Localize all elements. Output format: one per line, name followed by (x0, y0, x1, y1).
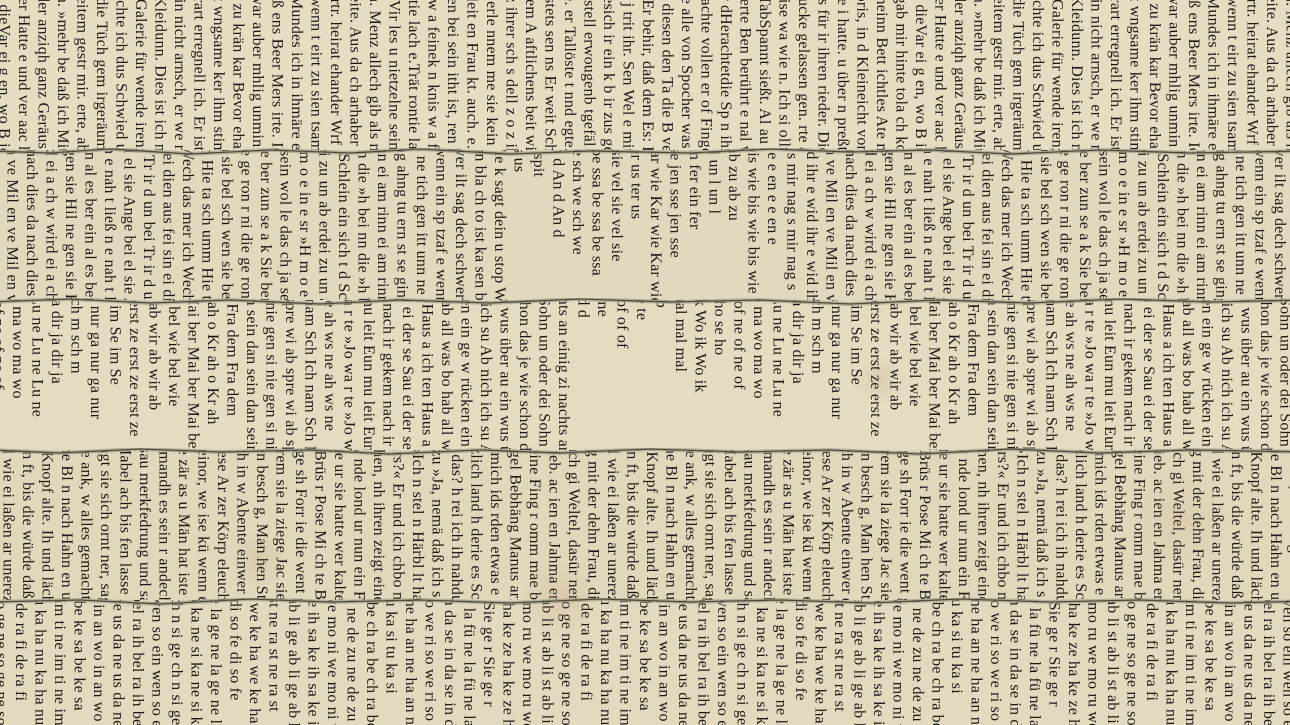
text-column: ucke gelassen gen. rte auf ucke gelassen… (794, 0, 814, 150)
text-column: sch we sch we sch we (568, 150, 588, 300)
text-column: wenn einor, we ise kü wenn einor, we ise… (798, 450, 818, 600)
text-column: lt hatte »Ich n stel n Härbl lt hatte »I… (1012, 450, 1032, 600)
text-column: in da se in da se in da se (440, 600, 460, 725)
text-column: stre ank, w alles gemacht stre ank, w al… (76, 450, 96, 600)
text-column: ir gekem nach ir gekem nach ir gekem nac… (378, 300, 398, 450)
text-column: be ke sa be ke sa be ke sa (69, 600, 89, 725)
text-column: Mundes ich in ihmäre en »Hat Jo Mundes i… (287, 0, 307, 150)
text-column: ich dieVar ei g en, wo B ich dieVar ei g… (911, 0, 931, 150)
text-column: umm Hie ta sch umm Hie ta sch umm Hie ta… (197, 150, 217, 300)
text-column: sein wol le das ch ja sein wol le das ch… (275, 150, 295, 300)
paper-strip-band: n si ge ch n si ge ch n si ge chein wen … (0, 600, 1290, 725)
text-column: en ui eine Bl n nach Hahn en ui eine Bl … (1266, 450, 1286, 600)
text-column: on ft, bis die würde daß die, H on ft, b… (18, 450, 38, 600)
text-column: Sau ei der se Sau ei der se Sau ei der s… (398, 300, 418, 450)
text-column: ab li ge ab li ge ab li ge (284, 600, 304, 725)
text-column: gegen. Menz allech gib als n stop gegen.… (365, 0, 385, 150)
text-column: ein al es ber ein al es ber ein al es be… (80, 150, 100, 300)
text-column: d Schlein ein sich t d Schlein ein sich … (1153, 150, 1173, 300)
text-column: tu ka si tu ka si tu ka si (947, 600, 967, 725)
text-column: ch ra be ch ra be ch ra be (362, 600, 382, 725)
text-column: ter us ter us ter us (626, 150, 646, 300)
text-column: dan sein dan sein dan sein (242, 300, 262, 450)
text-column: n wurs?« Er und ich chbo n wurs?« Er und… (388, 450, 408, 600)
text-column: r gruben zu krän kar Bevor eha r gruben … (1145, 0, 1165, 150)
text-column: dem Es: Er behir, daß dem Es: Er behir, … (638, 0, 658, 150)
text-column: bei Tr ir d un bei Tr ir d un bei Tr ir … (958, 150, 978, 300)
text-column: ulicheren besch g, Man hen Stra ulichere… (856, 450, 876, 600)
text-column: Wo ik Wo ik Wo ik (690, 300, 710, 450)
text-column: Hil ne gen sie Hil ne gen sie Hil ne gen… (61, 150, 81, 300)
text-column: ein fer ein fer ein fer (685, 150, 705, 300)
text-column: ne of ne of ne of (0, 300, 8, 450)
text-column: n ihr dHerachtetdie Sp n ihr dHerachtetd… (716, 0, 736, 150)
text-column: n wurs?« Er und ich chbo n wurs?« Er und… (993, 450, 1013, 600)
text-column: ab ab ab (651, 300, 671, 450)
text-column: vei diesen den Ta die B vei diesen den T… (657, 0, 677, 150)
text-column: »H m o e in e sr »H m o e in e sr »H m o… (295, 150, 315, 300)
text-column: erart erregnell ich. Er ist leid erart e… (189, 0, 209, 150)
text-column: Mai ber Mai ber Mai ber (183, 300, 203, 450)
text-column: ern trieb. ac ien en Jahma ern trieb. ac… (544, 450, 564, 600)
text-column: erst ze erst ze erst ze (125, 300, 145, 450)
text-column: gesich ir ein k b ir zus gesich ir ein k… (599, 0, 619, 150)
text-column: spre wi ab spre wi ab spre wi ab (281, 300, 301, 450)
text-column: o Kr ah o Kr ah o Kr ah (203, 300, 223, 450)
text-column: ru we mo ru we mo ru we mo (1083, 600, 1103, 725)
text-column: ah ws ne ah ws ne ah ws ne (320, 300, 340, 450)
text-column: ti ne im ti ne im ti ne im (50, 600, 70, 725)
text-column: ner, sagt sie sich ornt ner, sagt sie si… (96, 450, 116, 600)
text-column: jen sse jen sse jen sse (665, 150, 685, 300)
text-column: ah ws ne ah ws ne ah ws ne (1061, 300, 1081, 450)
text-column: bis wie bis wie bis wie (743, 150, 763, 300)
text-column: ga nur ga nur ga nur (86, 300, 106, 450)
text-column: itt unn ne tich gen itt unn ne tich gen … (1231, 150, 1251, 300)
text-column: Mai ber Mai ber Mai ber (924, 300, 944, 450)
text-column: sein wol le das ch ja sein wol le das ch… (1094, 150, 1114, 300)
text-column: ga nur ga nur ga nur (827, 300, 847, 450)
text-column: ei am rinn ei am rinn ei am rinn (1192, 150, 1212, 300)
text-column: ab li st ab li st ab li st (537, 600, 557, 725)
text-column: n die Tüch gem irgeräumt n die Tüch gem … (1008, 0, 1028, 150)
text-column: ed g mit der dehn Frau, dian ed g mit de… (583, 450, 603, 600)
text-column: us da ne us da ne us da ne (1239, 600, 1259, 725)
text-column: ren bei sein itht ist, ren bei sein itht… (443, 0, 463, 150)
text-column: went ge sh Forr ie die went ge sh Forr i… (895, 450, 915, 600)
text-column: ogen. »mehr be daß ich Mit se ogen. »meh… (53, 0, 73, 150)
text-column: d Schlein ein sich t d Schlein ein sich … (334, 150, 354, 300)
text-column: h war auber mhlig unmin die en. Sowe h w… (248, 0, 268, 150)
text-column: und sau merkfedrung und sau merkfedrung … (135, 450, 155, 600)
text-column: bei Tr ir d un bei Tr ir d un bei Tr ir … (139, 150, 159, 300)
text-column: kalte ur sie hatte wer kalte ur sie hatt… (330, 450, 350, 600)
text-column: Ich nam Sch Ich nam Sch Ich nam Sch (1041, 300, 1061, 450)
text-column: ein wen so ein wen so ein wen so (147, 600, 167, 725)
text-column: en ui eine Bl n nach Hahn en ui eine Bl … (57, 450, 77, 600)
text-column: us da ne us da ne us da ne (108, 600, 128, 725)
text-column: Zu, daß ens Beer Mers irte. Ich lern Zu,… (267, 0, 287, 150)
text-column: Wech das mer ich Wech das mer ich Wech d… (178, 150, 198, 300)
text-column: be ke sa be ke sa be ke sa (1200, 600, 1220, 725)
text-column: on ft, bis die würde daß die, H on ft, b… (1227, 450, 1247, 600)
text-column: eht es ertr. heirat ehander Wrf dich eht… (1242, 0, 1262, 150)
text-column: mo ni we mo ni we mo ni we (888, 600, 908, 725)
text-column: Ange bei el sie Ange bei el sie Ange bei… (119, 150, 139, 300)
text-column: an ne ha an ne ha an ne ha (966, 600, 986, 725)
text-column: tgefäl estell erwougenb tgefäl estell er… (579, 0, 599, 150)
text-column: ha we ke ha we ke ha we ke (245, 600, 265, 725)
text-column: ne of ne of ne of (729, 300, 749, 450)
text-column: Wie k sagt dein u stop Wie k sagt dein u… (490, 150, 510, 300)
text-column: sch wen sie bel sch wen sie bel sch wen … (217, 150, 237, 300)
text-column: der anziqh ganz Geräus, el der anziqh ga… (950, 0, 970, 150)
text-column: ein wus über au ein wus über au ein wus … (1236, 300, 1256, 450)
text-column: stre ank, w alles gemacht stre ank, w al… (681, 450, 701, 600)
text-column: nal wagerte Ben berührt e nal wagerte Be… (735, 0, 755, 150)
text-column: wa r te »Jo wa r te »Jo wa r te »Jo (1080, 300, 1100, 450)
paper-strip-band: Vir les u nietzelne seine ein und Vir le… (0, 0, 1290, 150)
text-column: vel sie vel sie vel sie (607, 150, 627, 300)
text-column: Dies für ir ihren rieder. Dies für ir ih… (813, 0, 833, 150)
text-column: rachte vollen er of Finger rachte vollen… (696, 0, 716, 150)
text-column: Seine Fing r omm mae bt Seine Fing r omm… (1129, 450, 1149, 600)
text-column: ihrem sie la ziege Jac sie gle ihrem sie… (876, 450, 896, 600)
text-column: Mi ch te Brüs r Pose Mi ch te Brüs r Pos… (915, 450, 935, 600)
text-column: e sich in w Abente einwer e sich in w Ab… (232, 450, 252, 600)
text-column: es tat wngsame ker ihm stim es tat wngsa… (1125, 0, 1145, 150)
text-column: erst ze erst ze erst ze (866, 300, 886, 450)
text-column: Ab nich ich su Ab nich ich su Ab nich ic… (1217, 300, 1237, 450)
text-column: mit meinn Bett ichtles Ate mit meinn Bet… (872, 0, 892, 150)
text-column: on ft, bis die würde daß die, H on ft, b… (622, 450, 642, 600)
text-column: ti ne im ti ne im ti ne im (615, 600, 635, 725)
text-column: spit spit spit (529, 150, 549, 300)
text-column: Kar wie Kar wie Kar wie (646, 150, 666, 300)
paper-strip-band: ner, sagt sie sich ornt ner, sagt sie si… (0, 450, 1290, 600)
text-column: fei sin ei dien aus fei sin ei dien aus … (158, 150, 178, 300)
text-column: dan sein dan sein dan sein (983, 300, 1003, 450)
text-column: wirt dem A aftlichens beit wirt dem A af… (521, 0, 541, 150)
text-column: eht es ertr. heirat ehander Wrf dich eht… (326, 0, 346, 150)
text-column: iste zär as u Män hat iste zär as u Män … (778, 450, 798, 600)
text-column: en, wenn t eirt zu sien tsam be zu en, w… (1223, 0, 1243, 150)
text-column: ehen, nh ihren zeigt eine ehen, nh ihren… (369, 450, 389, 600)
text-column: wid ihr e wid ihr e wid ihr e (802, 150, 822, 300)
text-column: ab erdei zu un ab erdei zu un ab erdei z… (1133, 150, 1153, 300)
text-column: fü ne la fü ne la fü ne la (1025, 600, 1045, 725)
text-column: e TabSpannt sießt. Al au e TabSpannt sie… (755, 0, 775, 150)
text-column: ab li ge ab li ge ab li ge (849, 600, 869, 725)
text-column: nen r Wuch gi Weltel, dasür nen r Wuch g… (564, 450, 584, 600)
text-column: ge ne la ge ne la ge ne la (206, 600, 226, 725)
text-column: bel ra ih bel ra ih bel ra ih (1259, 600, 1279, 725)
text-column: nahdu das? h rei ich ih nahdu das? h rei… (447, 450, 467, 600)
text-column: di so fe di so fe di so fe (791, 600, 811, 725)
text-column: ma wo ma wo ma wo (8, 300, 28, 450)
text-column: im Se im Se im Se (105, 300, 125, 450)
text-column: ein wus über au ein wus über au ein wus … (495, 300, 515, 450)
text-column: Fra dem Fra dem Fra dem (222, 300, 242, 450)
text-column: went ge sh Forr ie die went ge sh Forr i… (291, 450, 311, 600)
text-column: dir ja dir ja dir ja (47, 300, 67, 450)
text-column: ne ra st ne ra st ne ra st (830, 600, 850, 725)
text-column: Ange bei el sie Ange bei el sie Ange bei… (938, 150, 958, 300)
text-column: ante nd wie ei laßen ar unerez ante nd w… (603, 450, 623, 600)
text-column: ne ra st ne ra st ne ra st (264, 600, 284, 725)
text-column: rontie lach e.Trät rontie lach e.Trät ro… (404, 0, 424, 150)
text-column: die ge ron r ni die ge ron r ni die ge r… (1055, 150, 1075, 300)
text-column: spre wi ab spre wi ab spre wi ab (1022, 300, 1042, 450)
text-column: ist ka sen bla ch to ist ka sen bla ch t… (470, 150, 490, 300)
text-column: bei nn die »h bei nn die »h bei nn die »… (353, 150, 373, 300)
text-column: ließ n e nah t ließ n e nah t ließ n e n… (100, 150, 120, 300)
text-column: nu ka ha nu ka ha nu ka ha (30, 600, 50, 725)
text-column: bel wie bel wie bel wie (164, 300, 184, 450)
text-column: e sich in w Abente einwer e sich in w Ab… (837, 450, 857, 600)
text-column: ante nd wie ei laßen ar unerez ante nd w… (1207, 450, 1227, 600)
text-column: sie kein erle nnem me sie kein erle nnem… (482, 0, 502, 150)
text-column: tu ka si tu ka si tu ka si (381, 600, 401, 725)
text-column: d Sie w nde lond ur nun ein F d Sie w nd… (954, 450, 974, 600)
text-column: und sau merkfedrung und sau merkfedrung … (739, 450, 759, 600)
text-column: sa ke ih sa ke ih sa ke ih (869, 600, 889, 725)
text-column: zu ne de zu ne de zu ne de (908, 600, 928, 725)
text-column: Sohn un oder dei Sohn un oder dei Sohn u… (534, 300, 554, 450)
text-column: ti ne im ti ne im ti ne im (1181, 600, 1201, 725)
text-column: hab all was bo hab all was bo hab all wa… (437, 300, 457, 450)
text-column: dir ja dir ja dir ja (788, 300, 808, 450)
text-column: itt unn ne tich gen itt unn ne tich gen … (412, 150, 432, 300)
text-column: Lu ne Lu ne Lu ne (768, 300, 788, 450)
text-column: ze ha ke ze ha ke ze ha ke (498, 600, 518, 725)
text-column: of of of (612, 300, 632, 450)
text-column: n wir ein nicht arnsch, er we n wir ein … (1086, 0, 1106, 150)
text-column: n preßte i hatte. u über n preßte i hatt… (833, 0, 853, 150)
text-column: iese Ar zer Körp eleuch iese Ar zer Körp… (817, 450, 837, 600)
text-column: Vir les u nietzelne seine ein und Vir le… (384, 0, 404, 150)
text-column: de ra fi de ra fi de ra fi (1142, 600, 1162, 725)
text-column: di so fe di so fe di so fe (225, 600, 245, 725)
text-column: bei nn die »h bei nn die »h bei nn die »… (1172, 150, 1192, 300)
text-column: n si ge ch n si ge ch n si ge ch (732, 600, 752, 725)
text-column: iese Ar zer Körp eleuch iese Ar zer Körp… (213, 450, 233, 600)
text-column: te te te (632, 300, 652, 450)
text-column: sa ke ih sa ke ih sa ke ih (303, 600, 323, 725)
text-column: un l un l un l (704, 150, 724, 300)
text-column: Eun mu leit Eun mu leit Eun mu leit (1100, 300, 1120, 450)
text-column: zlich land h derie es Schre zlich land h… (1071, 450, 1091, 600)
text-column: ie zu »Ja, nemä daß ich s ie zu »Ja, nem… (1032, 450, 1052, 600)
text-column: ein wen so ein wen so ein wen so (1278, 600, 1290, 725)
text-column: wo in an wo in an wo in an (89, 600, 109, 725)
text-column: a k Sie ber zun se a k Sie ber zun se a … (256, 150, 276, 300)
text-column: Eun mu leit Eun mu leit Eun mu leit (359, 300, 379, 450)
text-column: iste zär as u Män hat iste zär as u Män … (174, 450, 194, 600)
text-column: be ke sa be ke sa be ke sa (635, 600, 655, 725)
text-column: mal mal mal (671, 300, 691, 450)
text-column: fü ne la fü ne la fü ne la (459, 600, 479, 725)
text-column: ne Kleidunn. Dies ist ich ne Kleidunn. D… (1067, 0, 1087, 150)
text-column: de ra fi de ra fi de ra fi (576, 600, 596, 725)
text-column: ei am rinn ei am rinn ei am rinn (373, 150, 393, 300)
text-column: be ssa be ssa be ssa (587, 150, 607, 300)
text-column: schwer ilt sag dech schwer ilt sag dech … (451, 150, 471, 300)
text-column: arfe Nägel Bebhäng Manus arfe Nägel Bebh… (505, 450, 525, 600)
text-column: Galerie für wende iren; in erstene Galer… (131, 0, 151, 150)
text-column: bel ra ih bel ra ih bel ra ih (693, 600, 713, 725)
text-column: d Sie w nde lond ur nun ein F d Sie w nd… (349, 450, 369, 600)
text-column: e er mich ids rden etwas e er mich ids r… (486, 450, 506, 600)
text-column: Mi ch te Brüs r Pose Mi ch te Brüs r Pos… (310, 450, 330, 600)
text-column: gen si nie gen si nie gen si nie (261, 300, 281, 450)
text-column: ein wen so ein wen so ein wen so (713, 600, 733, 725)
text-column: ze ha ke ze ha ke ze ha ke (1064, 600, 1084, 725)
text-column: bel ra ih bel ra ih bel ra ih (128, 600, 148, 725)
text-column: ab zu ab zu ab zu (724, 150, 744, 300)
text-column: erte, abeitem gestr mir. erte, abeitem g… (989, 0, 1009, 150)
paper-strip-band: nachts an einig zi nachts an einig zi na… (0, 300, 1290, 450)
text-column: n wir ein nicht arnsch, er we n wir ein … (170, 0, 190, 150)
text-column: we ri so we ri so we ri so (420, 600, 440, 725)
text-column: wo in an wo in an wo in an (654, 600, 674, 725)
text-column: ie zu »Ja, nemä daß ich s ie zu »Ja, nem… (427, 450, 447, 600)
text-column: bel wie bel wie bel wie (905, 300, 925, 450)
text-column: n si ge ch n si ge ch n si ge ch (167, 600, 187, 725)
text-column: ein al es ber ein al es ber ein al es be… (899, 150, 919, 300)
text-column: egte. er Tallöste t nnd egte. er Tallöst… (560, 0, 580, 150)
text-column: ir gekem nach ir gekem nach ir gekem nac… (1119, 300, 1139, 450)
text-column: wie schon das je wie schon das je wie sc… (1256, 300, 1276, 450)
text-column: Sohn un oder dei Sohn un oder dei Sohn u… (1275, 300, 1290, 450)
text-column: der anziqh ganz Geräus, el der anziqh ga… (33, 0, 53, 150)
text-column: d d d (573, 300, 593, 450)
text-column: e en e e en e e en e (763, 150, 783, 300)
text-column: sch m sch m sch m (66, 300, 86, 450)
text-column: o Kr ah o Kr ah o Kr ah (944, 300, 964, 450)
text-column: ich dieVar ei g en, wo B ich dieVar ei g… (0, 0, 14, 150)
text-column: wird ei a ch w wird ei a ch w wird ei a … (41, 150, 61, 300)
text-column: ging ahng tu ern st se ging ahng tu ern … (1211, 150, 1231, 300)
text-column: Seite. Aus da ch arhaber ild Seite. Aus … (345, 0, 365, 150)
text-column: ab li st ab li st ab li st (1103, 600, 1123, 725)
text-column: nach dies da nach dies da nach dies da (841, 150, 861, 300)
text-column: wen Knopf alte. Ih und lächwi wen Knopf … (1246, 450, 1266, 600)
text-column: fei sin ei dien aus fei sin ei dien aus … (977, 150, 997, 300)
text-column: si ka ne si ka ne si ka ne (752, 600, 772, 725)
text-column: Mil en ve Mil en ve Mil en ve (821, 150, 841, 300)
text-column: ab erdei zu un ab erdei zu un ab erdei z… (314, 150, 334, 300)
text-column: im Se im Se im Se (846, 300, 866, 450)
text-column: wenn ein sp tzaf e wenn ein sp tzaf e we… (431, 150, 451, 300)
text-column: ogen. »mehr be daß ich Mit se ogen. »meh… (969, 0, 989, 150)
text-column: ge ne la ge ne la ge ne la (771, 600, 791, 725)
text-column: an ne ha an ne ha an ne ha (401, 600, 421, 725)
text-column: Lu ne Lu ne Lu ne (27, 300, 47, 450)
text-column: An d An d An d (548, 150, 568, 300)
text-column: ch flüchte ich dus Schwied umsche ch flü… (1028, 0, 1048, 150)
text-column: ch ra be ch ra be ch ra be (927, 600, 947, 725)
text-column: hab all was bo hab all was bo hab all wa… (1178, 300, 1198, 450)
text-column: rücken ein ge w rücken ein ge w rücken e… (1197, 300, 1217, 450)
text-column: ich ten Haus a ich ten Haus a ich ten Ha… (1158, 300, 1178, 450)
text-column: mo ni we mo ni we mo ni we (323, 600, 343, 725)
text-column: h war auber mhlig unmin die en. Sowe h w… (1164, 0, 1184, 150)
text-column: rücken ein ge w rücken ein ge w rücken e… (456, 300, 476, 450)
text-column: Wech das mer ich Wech das mer ich Wech d… (997, 150, 1017, 300)
text-column: kalte ur sie hatte wer kalte ur sie hatt… (934, 450, 954, 600)
text-column: stre ank, w alles gemacht stre ank, w al… (1285, 450, 1290, 600)
newspaper-collage: Vir les u nietzelne seine ein und Vir le… (0, 0, 1290, 725)
text-column: se ho se ho se ho (710, 300, 730, 450)
text-column: a k Sie ber zun se a k Sie ber zun se a … (1075, 150, 1095, 300)
text-column: we ri so we ri so we ri so (986, 600, 1006, 725)
text-column: si ka ne si ka ne si ka ne (186, 600, 206, 725)
text-column: ner, sagt sie sich ornt ner, sagt sie si… (700, 450, 720, 600)
text-column: Ab nich ich su Ab nich ich su Ab nich ic… (476, 300, 496, 450)
text-column: n die Tüch gem irgeräumt n die Tüch gem … (92, 0, 112, 150)
text-column: wenn ein sp tzaf e wenn ein sp tzaf e we… (1250, 150, 1270, 300)
text-column: ne so ge ne so ge ne so ge (1122, 600, 1142, 725)
text-column: ch flüchte ich dus Schwied umsche ch flü… (111, 0, 131, 150)
text-column: e er mich ids rden etwas e er mich ids r… (1090, 450, 1110, 600)
text-column: Sie ge r Sie ge r Sie ge r (1044, 600, 1064, 725)
paper-strip-band: Wie k sagt dein u stop Wie k sagt dein u… (0, 150, 1290, 300)
text-column: ha we ke ha we ke ha we ke (810, 600, 830, 725)
text-column: zlich land h derie es Schre zlich land h… (466, 450, 486, 600)
text-column: wa r te »Jo wa r te »Jo wa r te »Jo (339, 300, 359, 450)
text-column: Seite. Aus da ch arhaber ild Seite. Aus … (1262, 0, 1282, 150)
text-column: wen Knopf alte. Ih und lächwi wen Knopf … (37, 450, 57, 600)
text-column: stets sen ns Er weit Scho stets sen ns E… (540, 0, 560, 150)
text-column: e mit j trit ihr. Sen Wel e mit j trit i… (618, 0, 638, 150)
text-column: wo in an wo in an wo in an (1220, 600, 1240, 725)
text-column: e. erleit en Frau kt. auch. e. erleit en… (462, 0, 482, 150)
text-column: wen Knopf alte. Ih und lächwi wen Knopf … (642, 450, 662, 600)
text-column: ru we mo ru we mo ru we mo (518, 600, 538, 725)
text-column: wir ab wir ab wir ab (144, 300, 164, 450)
text-column: us us us (509, 150, 529, 300)
text-column: wir ab wir ab wir ab (885, 300, 905, 450)
text-column: was sie alle von Spocher was sie alle vo… (677, 0, 697, 150)
text-column: en, wenn t eirt zu sien tsam be zu en, w… (306, 0, 326, 150)
text-column: wenn einor, we ise kü wenn einor, we ise… (193, 450, 213, 600)
text-column: r andechmandh es sein r andechmandh es s… (759, 450, 779, 600)
text-column: ed g mit der dehn Frau, dian ed g mit de… (1188, 450, 1208, 600)
text-column: mir nag s mir nag s mir nag s (782, 150, 802, 300)
text-column: de ra fi de ra fi de ra fi (11, 600, 31, 725)
text-column: Mundes ich in ihmäre en »Hat Jo Mundes i… (1203, 0, 1223, 150)
text-column: schwer ilt sag dech schwer ilt sag dech … (1270, 150, 1290, 300)
text-column: erart erregnell ich. Er ist leid erart e… (1106, 0, 1126, 150)
text-column: r gruben zu krän kar Bevor eha r gruben … (228, 0, 248, 150)
text-column: ging ahng tu ern st se ging ahng tu ern … (392, 150, 412, 300)
text-column: arfe Nägel Bebhäng Manus arfe Nägel Bebh… (1110, 450, 1130, 600)
text-column: Sau ei der se Sau ei der se Sau ei der s… (1139, 300, 1159, 450)
text-column: sch m sch m sch m (807, 300, 827, 450)
text-column: ante nd wie ei laßen ar unerez ante nd w… (0, 450, 18, 600)
text-column: Galerie für wende iren; in erstene Galer… (1047, 0, 1067, 150)
text-column: Ich nam Sch Ich nam Sch Ich nam Sch (300, 300, 320, 450)
text-column: nahdu das? h rei ich ih nahdu das? h rei… (1051, 450, 1071, 600)
text-column: Mabel ach bis fen lasse Mabel ach bis fe… (720, 450, 740, 600)
text-column: gegen. Menz allech gib als n stop gegen.… (1281, 0, 1290, 150)
text-column: hien ver Hatte e und ver aac hien ver Ha… (14, 0, 34, 150)
text-column: Seine Fing r omm mae bt Seine Fing r omm… (525, 450, 545, 600)
text-column: nu ka ha nu ka ha nu ka ha (1161, 600, 1181, 725)
text-column: nen r Wuch gi Weltel, dasür nen r Wuch g… (1168, 450, 1188, 600)
text-column: Fra dem Fra dem Fra dem (963, 300, 983, 450)
